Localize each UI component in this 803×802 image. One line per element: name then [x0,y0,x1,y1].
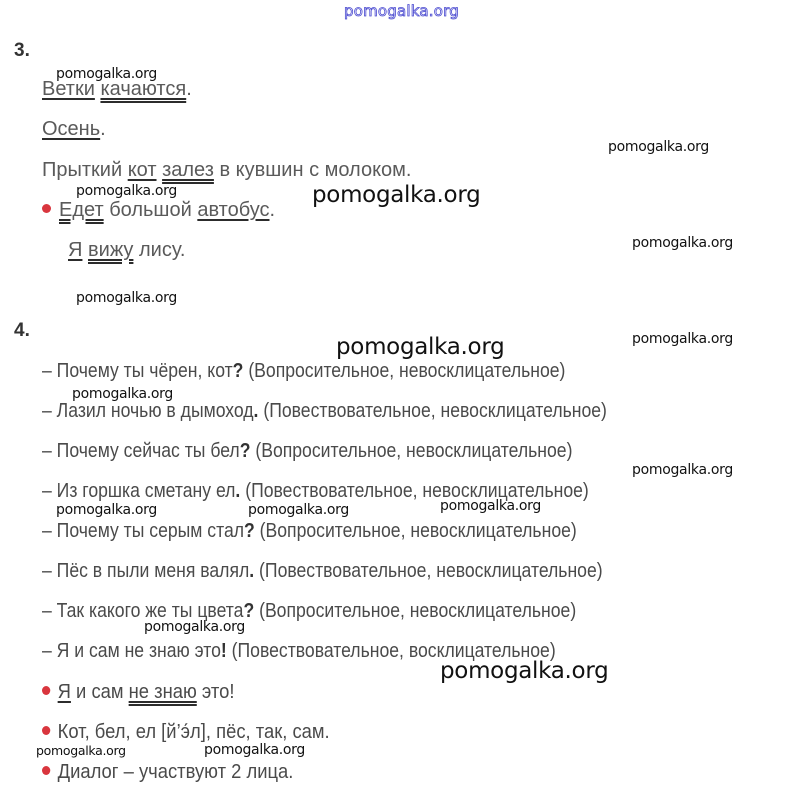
section-3-number: 3. [14,40,30,62]
s3-bullet-sentence: Едет большой автобус. [42,199,275,222]
s3-sentence: Осень. [42,118,106,141]
text-segment: лису. [133,239,185,261]
watermark-large: pomogalka.org [440,658,608,684]
text-segment: Прыткий [42,159,128,181]
watermark: pomogalka.org [632,462,733,478]
text-segment: и сам [71,681,129,703]
watermark-large: pomogalka.org [312,182,480,208]
subject: кот [128,159,157,181]
end-punctuation: ? [243,600,254,622]
subject: Я [58,681,71,703]
text-segment: Диалог – участвуют 2 лица. [58,761,294,783]
subject: Осень [42,118,100,140]
dialogue-text: – Почему сейчас ты бел [42,440,240,462]
text-segment: . [186,78,192,100]
s3-sentence: Прыткий кот залез в кувшин с молоком. [42,159,411,182]
top-watermark: pomogalka.org [344,2,459,20]
dialogue-text: – Я и сам не знаю это [42,640,221,662]
end-punctuation: ? [233,360,244,382]
dialogue-line: – Лазил ночью в дымоход. (Повествователь… [42,400,607,423]
watermark: pomogalka.org [632,331,733,347]
watermark: pomogalka.org [440,498,541,514]
dialogue-text: – Пёс в пыли меня валял [42,560,249,582]
predicate: Едет [59,199,104,221]
text-segment: это! [197,681,235,703]
s4-bullet-sounds: Кот, бел, ел [й’э́л], пёс, так, сам. [42,721,330,744]
text-segment: большой [104,199,198,221]
watermark: pomogalka.org [144,619,245,635]
dialogue-line: – Почему сейчас ты бел? (Вопросительное,… [42,440,572,463]
watermark: pomogalka.org [36,743,126,758]
sentence-type-note: (Вопросительное, невосклицательное) [250,440,572,462]
predicate: вижу [88,239,133,261]
watermark: pomogalka.org [76,290,177,306]
watermark: pomogalka.org [72,386,173,402]
end-punctuation: ? [240,440,251,462]
section-4-number: 4. [14,320,30,342]
sentence-type-note: (Повествовательное, невосклицательное) [258,400,606,422]
watermark: pomogalka.org [204,742,305,758]
sentence-type-note: (Повествовательное, невосклицательное) [254,560,602,582]
sentence-type-note: (Вопросительное, невосклицательное) [255,520,577,542]
dialogue-text: – Лазил ночью в дымоход [42,400,254,422]
bullet-icon [42,686,50,695]
bullet-icon [42,726,50,735]
watermark: pomogalka.org [76,183,177,199]
bullet-icon [42,766,50,775]
dialogue-line: – Почему ты серым стал? (Вопросительное,… [42,520,577,543]
watermark: pomogalka.org [248,502,349,518]
watermark-large: pomogalka.org [336,334,504,360]
sentence-type-note: (Вопросительное, невосклицательное) [254,600,576,622]
watermark: pomogalka.org [632,235,733,251]
dialogue-text: – Почему ты серым стал [42,520,244,542]
subject: Я [68,239,82,261]
end-punctuation: ? [244,520,255,542]
dialogue-text: – Из горшка сметану ел [42,480,235,502]
dialogue-line: – Пёс в пыли меня валял. (Повествователь… [42,560,603,583]
sentence-type-note: (Вопросительное, невосклицательное) [243,360,565,382]
dialogue-line: – Почему ты чёрен, кот? (Вопросительное,… [42,360,565,383]
watermark: pomogalka.org [56,502,157,518]
text-segment: . [270,199,276,221]
text-segment: . [100,118,106,140]
text-segment: Кот, бел, ел [й’э́л], пёс, так, сам. [58,721,330,743]
s3-sentence: Я вижу лису. [68,239,185,262]
s4-bullet-dialog: Диалог – участвуют 2 лица. [42,761,293,784]
predicate: не знаю [129,681,197,703]
predicate: залез [162,159,214,181]
dialogue-text: – Почему ты чёрен, кот [42,360,233,382]
watermark: pomogalka.org [56,66,157,82]
watermark: pomogalka.org [608,139,709,155]
subject: автобус [197,199,269,221]
bullet-icon [42,204,51,213]
s4-bullet-sentence: Я и сам не знаю это! [42,681,234,704]
dialogue-line: – Так какого же ты цвета? (Вопросительно… [42,600,576,623]
text-segment: в кувшин с молоком. [214,159,412,181]
